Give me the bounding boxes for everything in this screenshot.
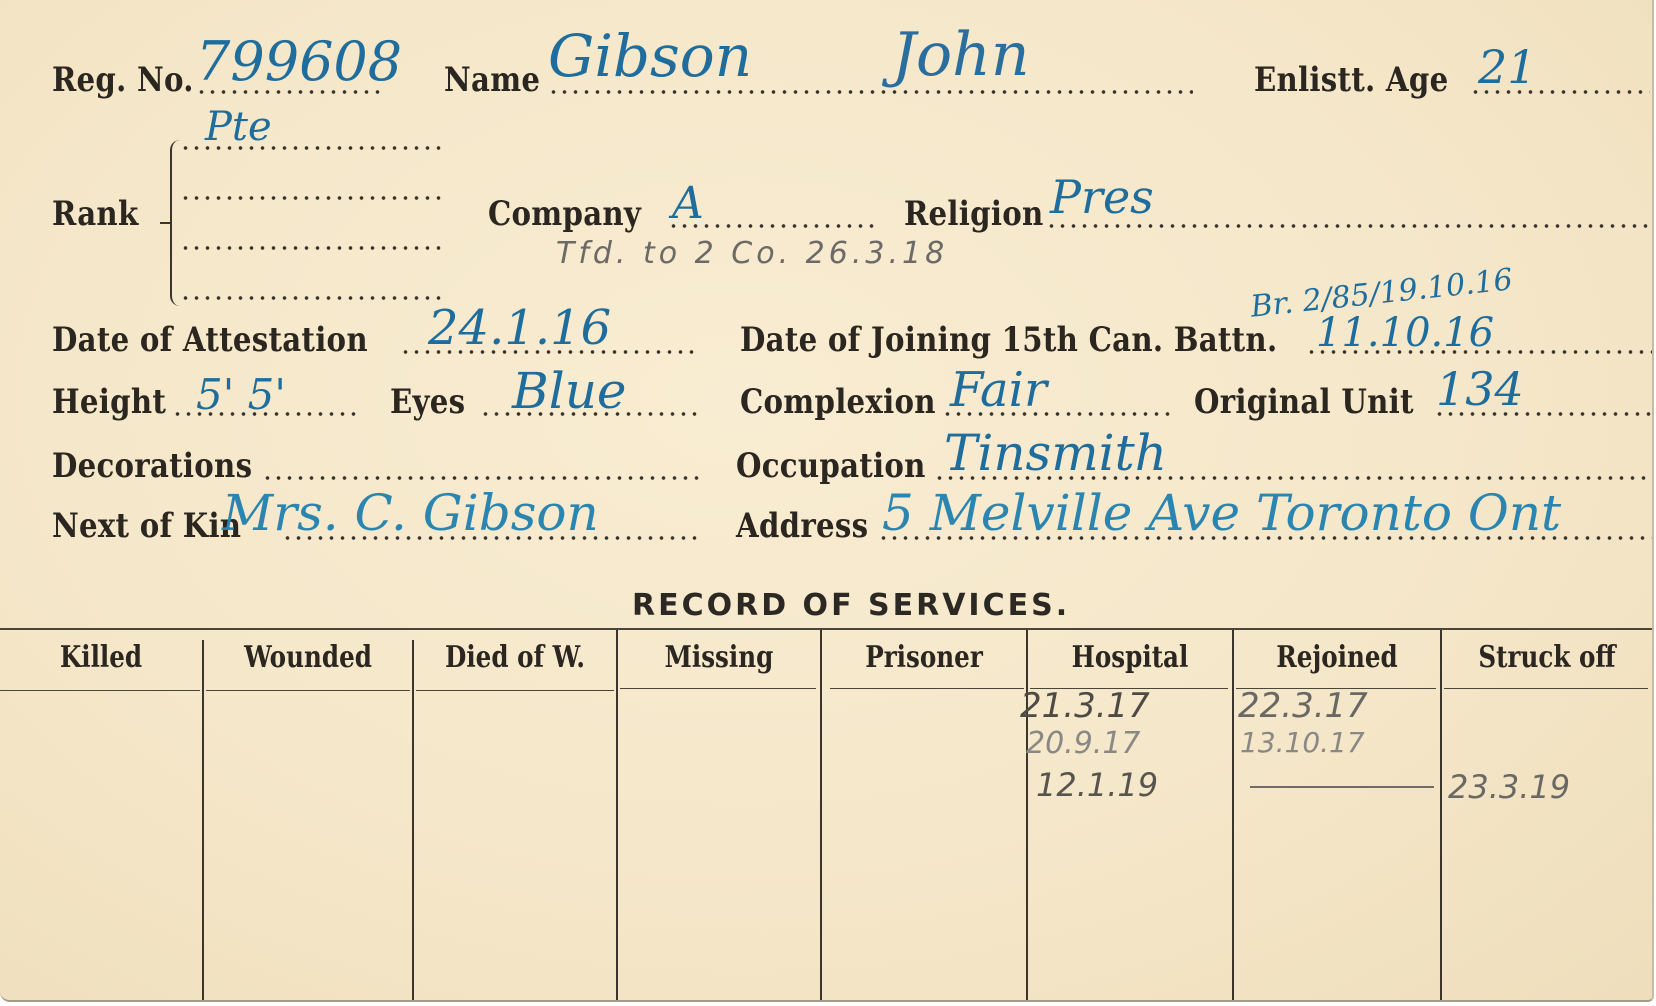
eyes-value: Blue bbox=[512, 362, 627, 420]
rank-line-2 bbox=[180, 196, 445, 200]
address-label: Address bbox=[736, 506, 868, 546]
name-dotted-line bbox=[548, 90, 1193, 94]
height-value: 5' 5' bbox=[196, 370, 286, 419]
rank-brace-tip bbox=[160, 222, 172, 224]
next-of-kin-label: Next of Kin bbox=[52, 506, 241, 546]
service-record-card: Reg. No. 799608 Name Gibson John Enlistt… bbox=[0, 0, 1654, 1002]
original-unit-value: 134 bbox=[1436, 362, 1524, 416]
col-header-missing: Missing bbox=[636, 640, 802, 675]
header-rule-1 bbox=[0, 690, 200, 691]
religion-label: Religion bbox=[904, 194, 1044, 234]
complexion-value: Fair bbox=[950, 362, 1047, 418]
col-divider-1 bbox=[202, 640, 204, 1000]
rejoined-entry-3-dash bbox=[1250, 786, 1434, 788]
height-label: Height bbox=[52, 382, 166, 422]
company-value: A bbox=[672, 178, 704, 229]
col-header-killed: Killed bbox=[18, 640, 184, 675]
col-header-hospital: Hospital bbox=[1046, 640, 1213, 675]
rejoined-entry-2: 13.10.17 bbox=[1240, 726, 1365, 759]
col-header-prisoner: Prisoner bbox=[840, 640, 1007, 675]
date-of-attestation-label: Date of Attestation bbox=[52, 320, 368, 360]
original-unit-label: Original Unit bbox=[1194, 382, 1414, 422]
enlist-age-value: 21 bbox=[1478, 40, 1537, 94]
decorations-dotted-line bbox=[262, 476, 702, 480]
col-divider-4 bbox=[820, 630, 822, 1000]
occupation-label: Occupation bbox=[736, 446, 926, 486]
table-top-rule bbox=[0, 628, 1652, 630]
next-of-kin-value: Mrs. C. Gibson bbox=[222, 484, 599, 542]
col-header-struck-off: Struck off bbox=[1461, 640, 1633, 675]
name-label: Name bbox=[444, 60, 540, 100]
religion-value: Pres bbox=[1050, 170, 1154, 224]
header-rule-8 bbox=[1444, 688, 1648, 689]
header-rule-2 bbox=[206, 690, 410, 691]
surname-value: Gibson bbox=[548, 22, 752, 90]
record-of-services-title: RECORD OF SERVICES. bbox=[632, 588, 1070, 623]
rank-line-3 bbox=[180, 246, 445, 250]
reg-no-value: 799608 bbox=[196, 30, 402, 93]
company-transfer-note: Tfd. to 2 Co. 26.3.18 bbox=[556, 236, 948, 271]
rejoined-entry-1: 22.3.17 bbox=[1238, 686, 1368, 726]
col-divider-3 bbox=[616, 630, 618, 1000]
hospital-entry-3: 12.1.19 bbox=[1036, 766, 1158, 804]
eyes-label: Eyes bbox=[390, 382, 465, 422]
given-name-value: John bbox=[892, 20, 1029, 90]
reg-no-label: Reg. No. bbox=[52, 60, 194, 100]
col-header-died-of-wounds: Died of W. bbox=[432, 640, 598, 675]
col-divider-6 bbox=[1232, 630, 1234, 1000]
rank-label: Rank bbox=[52, 194, 138, 234]
rank-value: Pte bbox=[205, 104, 272, 150]
struck-off-entry: 23.3.19 bbox=[1448, 768, 1570, 806]
rank-brace bbox=[170, 140, 186, 306]
rank-line-1 bbox=[180, 146, 445, 150]
hospital-entry-1: 21.3.17 bbox=[1020, 686, 1150, 726]
date-of-joining-value: 11.10.16 bbox=[1316, 310, 1494, 356]
complexion-label: Complexion bbox=[740, 382, 936, 422]
col-divider-2 bbox=[412, 640, 414, 1000]
religion-dotted-line bbox=[1046, 224, 1652, 228]
occupation-value: Tinsmith bbox=[944, 424, 1167, 482]
hospital-entry-2: 20.9.17 bbox=[1026, 726, 1141, 761]
date-of-joining-label: Date of Joining 15th Can. Battn. bbox=[740, 320, 1277, 360]
rank-line-4 bbox=[180, 296, 445, 300]
col-header-rejoined: Rejoined bbox=[1253, 640, 1422, 675]
header-rule-4 bbox=[620, 688, 816, 689]
decorations-label: Decorations bbox=[52, 446, 252, 486]
date-of-attestation-value: 24.1.16 bbox=[428, 300, 611, 356]
col-divider-7 bbox=[1440, 630, 1442, 1000]
company-label: Company bbox=[488, 194, 641, 234]
header-rule-5 bbox=[830, 688, 1024, 689]
col-header-wounded: Wounded bbox=[223, 640, 394, 675]
address-value: 5 Melville Ave Toronto Ont bbox=[882, 484, 1561, 542]
header-rule-3 bbox=[416, 690, 614, 691]
enlist-age-label: Enlistt. Age bbox=[1254, 60, 1448, 100]
